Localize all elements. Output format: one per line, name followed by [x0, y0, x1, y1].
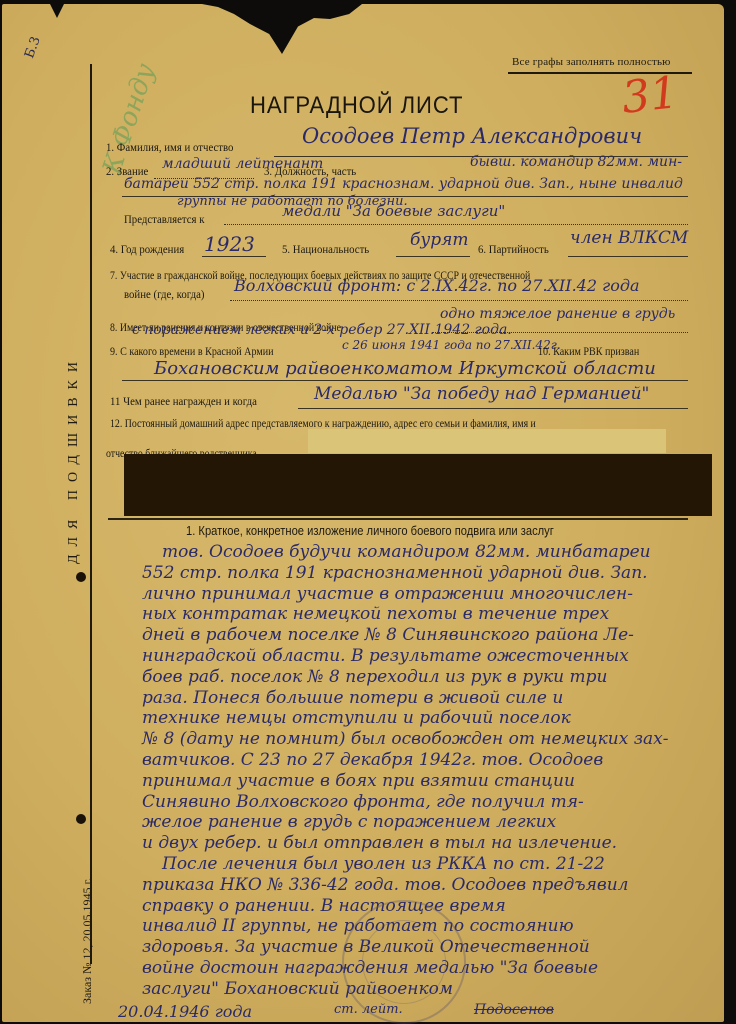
section-line: ватчиков. С 23 по 27 декабря 1942г. тов.…: [142, 750, 603, 770]
torn-edge: [202, 4, 362, 54]
field-1-value: Осодоев Петр Александрович: [302, 124, 642, 148]
redaction-light: [308, 429, 666, 453]
section-line: и двух ребер. и был отправлен в тыл на и…: [142, 833, 617, 853]
fill-instruction: Все графы заполнять полностью: [512, 56, 671, 68]
field-3-value-line2: батареи 552 стр. полка 191 краснознам. у…: [124, 176, 683, 192]
field-6-value: член ВЛКСМ: [570, 228, 688, 248]
field-6-line: [568, 256, 688, 257]
field-8-value: одно тяжелое ранение в грудь: [440, 306, 675, 322]
corner-archive-note: Б.3: [22, 35, 44, 61]
section-line: 552 стр. полка 191 краснознаменной ударн…: [142, 563, 648, 583]
field-7-label-line2: войне (где, когда): [124, 287, 205, 302]
presented-value: медали "За боевые заслуги": [282, 202, 505, 220]
section-line: технике немцы отступили и рабочий посело…: [142, 708, 571, 728]
torn-notch: [50, 4, 64, 18]
section-divider: [108, 518, 688, 520]
binding-margin-line: [90, 64, 92, 964]
print-order-label: Заказ № 12, 20.05.1945 г.: [80, 878, 95, 1004]
sheet-number: 31: [619, 67, 680, 124]
field-3-value: бывш. командир 82мм. мин-: [470, 154, 682, 170]
section-line: желое ранение в грудь с поражением легки…: [142, 812, 556, 832]
section-line: справку о ранении. В настоящее время: [142, 896, 506, 916]
section-line: лично принимал участие в отражении много…: [142, 584, 633, 604]
section-line: боев раб. поселок № 8 переходил из рук в…: [142, 667, 607, 687]
field-11-line: [298, 408, 688, 409]
green-pencil-annotation: К Фонду: [97, 60, 161, 178]
field-10-value: Бохановским райвоенкоматом Иркутской обл…: [154, 358, 656, 379]
document-title: НАГРАДНОЙ ЛИСТ: [250, 92, 463, 120]
field-1-label: 1. Фамилия, имя и отчество: [106, 140, 233, 155]
field-10-label: 10. Каким РВК призван: [538, 344, 639, 359]
presented-line: [224, 224, 688, 225]
section-heading: 1. Краткое, конкретное изложение личного…: [186, 523, 554, 538]
section-line: Синявино Волховского фронта, где получил…: [142, 792, 584, 812]
section-line: дней в рабочем поселке № 8 Синявинского …: [142, 625, 634, 645]
field-5-label: 5. Национальность: [282, 242, 369, 257]
field-4-line: [202, 256, 266, 257]
section-line: № 8 (дату не помнит) был освобожден от н…: [142, 729, 668, 749]
section-line: раза. Понеся большие потери в живой силе…: [142, 688, 563, 708]
field-11-label: 11 Чем ранее награжден и когда: [110, 394, 257, 409]
field-4-label: 4. Год рождения: [110, 242, 184, 257]
redaction-block: [124, 454, 712, 516]
field-10-line: [122, 380, 688, 381]
field-7-value: Волховский фронт: с 2.IX.42г. по 27.XII.…: [234, 276, 640, 295]
punch-hole: [76, 572, 86, 582]
punch-hole: [76, 814, 86, 824]
field-5-line: [396, 256, 470, 257]
award-sheet-paper: Б.3 К Фонду Все графы заполнять полность…: [2, 4, 724, 1022]
field-4-value: 1923: [204, 232, 255, 256]
section-line: приказа НКО № 336-42 года. тов. Осодоев …: [142, 875, 629, 895]
section-line: принимал участие в боях при взятии станц…: [142, 771, 575, 791]
presented-label: Представляется к: [124, 212, 204, 227]
field-9-label: 9. С какого времени в Красной Армии: [110, 344, 274, 359]
field-9-value: с 26 июня 1941 года по 27.XII.42г.: [342, 338, 561, 352]
field-7-line: [230, 300, 688, 301]
binding-side-label: ДЛЯ ПОДШИВКИ: [66, 544, 82, 564]
section-line: тов. Осодоев будучи командиром 82мм. мин…: [162, 542, 651, 562]
field-5-value: бурят: [410, 230, 469, 250]
signature-name: Подосенов: [474, 1002, 554, 1018]
section-line: ных контратак немецкой пехоты в течение …: [142, 604, 609, 624]
field-8-value-line2: с поражением легких и 2-х ребер 27.XII.1…: [132, 322, 512, 338]
signature-rank: ст. лейт.: [334, 1002, 403, 1017]
section-line: После лечения был уволен из РККА по ст. …: [162, 854, 605, 874]
field-6-label: 6. Партийность: [478, 242, 549, 257]
signature-date: 20.04.1946 года: [118, 1002, 252, 1021]
field-11-value: Медалью "За победу над Германией": [314, 384, 649, 404]
section-line: нинградской области. В результате ожесто…: [142, 646, 629, 666]
